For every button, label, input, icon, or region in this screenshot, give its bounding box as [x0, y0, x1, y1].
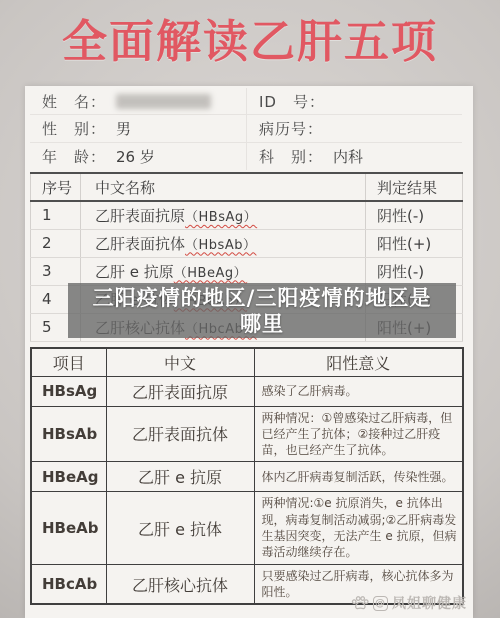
- item-chinese: 乙肝表面抗原: [106, 376, 254, 406]
- item-code: HBeAb: [31, 492, 106, 564]
- redacted-name: [116, 94, 211, 109]
- item-chinese: 乙肝核心抗体: [106, 564, 254, 604]
- watermark-text: 凤姐聊健康: [392, 593, 467, 613]
- item-chinese: 乙肝 e 抗原: [106, 462, 254, 492]
- department-label: 科 别：: [259, 146, 323, 167]
- table-row: HBsAb 乙肝表面抗体 两种情况：①曾感染过乙肝病毒，但已经产生了抗体；②接种…: [31, 406, 463, 462]
- meaning-table: 项目 中文 阳性意义 HBsAg 乙肝表面抗原 感染了乙肝病毒。 HBsAb 乙…: [30, 347, 464, 605]
- age-field: 年 龄： 26 岁: [30, 143, 246, 170]
- page-title: 全面解读乙肝五项: [0, 5, 500, 70]
- caption-line-1: 三阳疫情的地区/三阳疫情的地区是: [93, 285, 432, 311]
- col-header-meaning: 阳性意义: [254, 348, 463, 376]
- gender-value: 男: [116, 118, 131, 139]
- col-header-result: 判定结果: [366, 173, 463, 201]
- gender-label: 性 别：: [30, 118, 106, 139]
- name-field: 姓 名：: [30, 88, 246, 114]
- item-meaning: 感染了乙肝病毒。: [254, 376, 463, 406]
- gender-field: 性 别： 男: [30, 115, 246, 141]
- row-name: 乙肝表面抗体（HbsAb）: [81, 229, 366, 257]
- record-no-label: 病历号：: [259, 118, 323, 139]
- test-abbr: （HBsAg）: [185, 210, 257, 225]
- caption-overlay: 三阳疫情的地区/三阳疫情的地区是 哪里: [68, 283, 456, 338]
- test-name: 乙肝表面抗原: [95, 207, 185, 225]
- row-result: 阴性(-): [366, 201, 463, 229]
- patient-info-form: 姓 名： ID 号： 性 别： 男 病历号： 年 龄： 26 岁: [30, 88, 462, 170]
- record-no-field: 病历号：: [246, 115, 462, 141]
- item-code: HBcAb: [31, 564, 106, 604]
- table-row: HBeAg 乙肝 e 抗原 体内乙肝病毒复制活跃，传染性强。: [31, 462, 463, 492]
- caption-line-2: 哪里: [240, 311, 284, 337]
- table-row: HBsAg 乙肝表面抗原 感染了乙肝病毒。: [31, 376, 463, 406]
- table-row: 3 乙肝 e 抗原（HBeAg） 阴性(-): [31, 257, 463, 285]
- table-row: HBeAb 乙肝 e 抗体 两种情况:①e 抗原消失，e 抗体出现，病毒复制活动…: [31, 492, 463, 564]
- form-row: 性 别： 男 病历号：: [30, 115, 462, 142]
- age-label: 年 龄：: [30, 146, 106, 167]
- col-header-item: 项目: [31, 348, 106, 376]
- item-code: HBsAb: [31, 406, 106, 462]
- watermark: @ 凤姐聊健康: [351, 593, 467, 613]
- name-label: 姓 名：: [30, 91, 106, 112]
- paw-icon: [351, 595, 369, 611]
- row-no: 3: [31, 257, 81, 285]
- item-code: HBeAg: [31, 462, 106, 492]
- result-header-row: 序号 中文名称 判定结果: [31, 173, 463, 201]
- content-panel: 姓 名： ID 号： 性 别： 男 病历号： 年 龄： 26 岁: [25, 86, 473, 618]
- row-name: 乙肝 e 抗原（HBeAg）: [81, 257, 366, 285]
- col-header-chinese: 中文: [106, 348, 254, 376]
- item-code: HBsAg: [31, 376, 106, 406]
- row-no: 2: [31, 229, 81, 257]
- item-meaning: 体内乙肝病毒复制活跃，传染性强。: [254, 462, 463, 492]
- id-field: ID 号：: [246, 88, 462, 114]
- department-value: 内科: [333, 146, 363, 167]
- meaning-header-row: 项目 中文 阳性意义: [31, 348, 463, 376]
- table-row: 2 乙肝表面抗体（HbsAb） 阳性(+): [31, 229, 463, 257]
- item-meaning: 两种情况：①曾感染过乙肝病毒，但已经产生了抗体；②接种过乙肝疫苗，也已经产生了抗…: [254, 406, 463, 462]
- test-abbr: （HbsAb）: [185, 238, 256, 253]
- test-name: 乙肝 e 抗原: [95, 263, 174, 281]
- table-row: 1 乙肝表面抗原（HBsAg） 阴性(-): [31, 201, 463, 229]
- row-result: 阳性(+): [366, 229, 463, 257]
- at-badge-icon: @: [373, 596, 388, 611]
- item-meaning: 两种情况:①e 抗原消失，e 抗体出现，病毒复制活动减弱;②乙肝病毒发生基因突变…: [254, 492, 463, 564]
- id-label: ID 号：: [259, 91, 325, 112]
- test-abbr: （HBeAg）: [174, 266, 247, 281]
- row-name: 乙肝表面抗原（HBsAg）: [81, 201, 366, 229]
- department-field: 科 别： 内科: [246, 143, 462, 170]
- age-value: 26 岁: [116, 146, 155, 167]
- col-header-name: 中文名称: [81, 173, 366, 201]
- col-header-no: 序号: [31, 173, 81, 201]
- test-name: 乙肝表面抗体: [95, 235, 185, 253]
- row-no: 1: [31, 201, 81, 229]
- row-result: 阴性(-): [366, 257, 463, 285]
- item-chinese: 乙肝表面抗体: [106, 406, 254, 462]
- item-chinese: 乙肝 e 抗体: [106, 492, 254, 564]
- form-row: 年 龄： 26 岁 科 别： 内科: [30, 143, 462, 170]
- form-row: 姓 名： ID 号：: [30, 88, 462, 115]
